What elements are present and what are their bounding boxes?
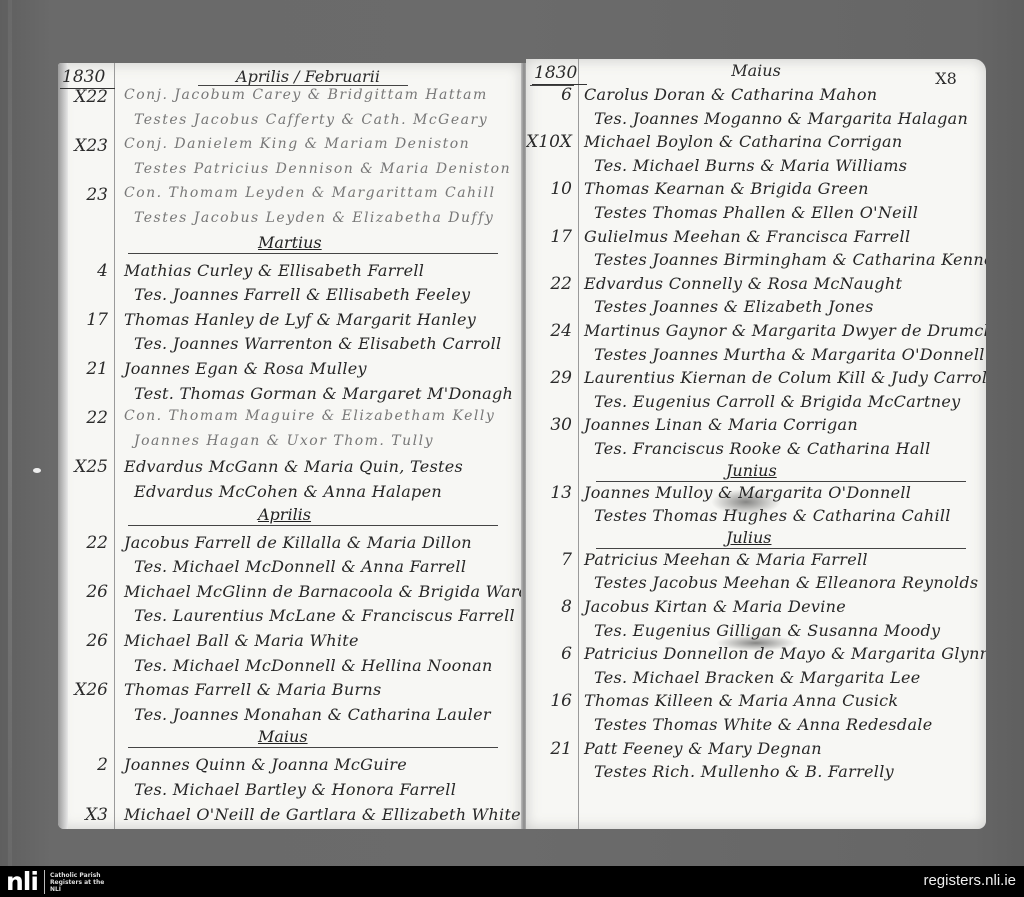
register-entry: 7Patricius Meehan & Maria Farrell: [526, 550, 986, 572]
register-entry: Tes. Michael McDonnell & Hellina Noonan: [58, 656, 522, 678]
entry-text: Testes Joannes & Elizabeth Jones: [584, 297, 874, 316]
entry-text: Laurentius Kiernan de Colum Kill & Judy …: [584, 368, 986, 387]
register-entry: 22Jacobus Farrell de Killalla & Maria Di…: [58, 533, 522, 555]
register-entry: Testes Thomas Phallen & Ellen O'Neill: [526, 203, 986, 225]
register-entry: 23Con. Thomam Leyden & Margarittam Cahil…: [58, 185, 522, 207]
entry-date: X25: [58, 457, 108, 477]
entry-date: 29: [526, 368, 572, 388]
register-entry: X26Thomas Farrell & Maria Burns: [58, 680, 522, 702]
entry-date: 26: [58, 631, 108, 651]
entry-date: 30: [526, 415, 572, 435]
section-rule: [596, 548, 966, 549]
register-entry: Testes Rich. Mullenho & B. Farrelly: [526, 762, 986, 784]
register-book-spread: 1830 Aprilis / Februarii X22Conj. Jacobu…: [58, 63, 988, 831]
entry-date: 21: [526, 739, 572, 759]
register-entry: 2Joannes Quinn & Joanna McGuire: [58, 755, 522, 777]
register-entry: X3Michael O'Neill de Gartlara & Ellizabe…: [58, 805, 522, 827]
entry-text: Joannes Linan & Maria Corrigan: [584, 415, 858, 434]
entry-text: Jacobus Kirtan & Maria Devine: [584, 597, 846, 616]
entry-text: Edvardus McGann & Maria Quin, Testes: [124, 457, 463, 476]
entry-date: 22: [58, 533, 108, 553]
register-entry: 21Patt Feeney & Mary Degnan: [526, 739, 986, 761]
register-entry: Testes Joannes Murtha & Margarita O'Donn…: [526, 345, 986, 367]
entry-text: Thomas Farrell & Maria Burns: [124, 680, 382, 699]
month-heading: Martius: [258, 233, 322, 252]
logo-caption: Catholic Parish Registers at the NLI: [50, 872, 110, 893]
entry-text: Testes Jacobus Leyden & Elizabetha Duffy: [124, 210, 494, 226]
entry-date: 22: [58, 408, 108, 428]
register-entry: Testes Jacobus Leyden & Elizabetha Duffy: [58, 210, 522, 232]
entry-text: Tes. Michael McDonnell & Anna Farrell: [124, 557, 466, 576]
entry-date: 26: [58, 582, 108, 602]
entry-text: Michael McGlinn de Barnacoola & Brigida …: [124, 582, 522, 601]
entry-text: Patt Feeney & Mary Degnan: [584, 739, 822, 758]
entry-date: 7: [526, 550, 572, 570]
register-entry: Tes. Franciscus Rooke & Catharina Hall: [526, 439, 986, 461]
register-entry: Tes. Joannes Moganno & Margarita Halagan: [526, 109, 986, 131]
register-entry: 24Martinus Gaynor & Margarita Dwyer de D…: [526, 321, 986, 343]
entry-text: Conj. Danielem King & Mariam Deniston: [124, 136, 470, 152]
right-page: 1830 Maius X8 6Carolus Doran & Catharina…: [526, 59, 986, 829]
register-entry: 10Thomas Kearnan & Brigida Green: [526, 179, 986, 201]
entry-text: Tes. Michael Burns & Maria Williams: [584, 156, 907, 175]
entry-text: Testes Thomas Phallen & Ellen O'Neill: [584, 203, 918, 222]
register-entry: Tes. Michael Bracken & Margarita Lee: [526, 668, 986, 690]
entry-text: Testes Jacobus Meehan & Elleanora Reynol…: [584, 573, 978, 592]
entry-date: 10: [526, 179, 572, 199]
page-year: 1830: [532, 63, 587, 85]
entry-text: Con. Thomam Leyden & Margarittam Cahill: [124, 185, 496, 201]
register-entry: Tes. Eugenius Carroll & Brigida McCartne…: [526, 392, 986, 414]
entry-text: Joannes Egan & Rosa Mulley: [124, 359, 367, 378]
register-entry: Test. Thomas Gorman & Margaret M'Donagh: [58, 384, 522, 406]
month-heading: Junius: [726, 461, 777, 480]
entry-text: Mathias Curley & Ellisabeth Farrell: [124, 261, 424, 280]
entry-text: Testes Thomas White & Anna Redesdale: [584, 715, 933, 734]
entry-text: Thomas Killeen & Maria Anna Cusick: [584, 691, 898, 710]
register-entry: Tes. Laurentius McLane & Franciscus Farr…: [58, 606, 522, 628]
site-link[interactable]: registers.nli.ie: [923, 872, 1016, 889]
page-header: Aprilis / Februarii: [208, 67, 408, 86]
entry-text: Testes Jacobus Cafferty & Cath. McGeary: [124, 112, 488, 128]
register-entry: 16Thomas Killeen & Maria Anna Cusick: [526, 691, 986, 713]
register-entry: 6Carolus Doran & Catharina Mahon: [526, 85, 986, 107]
entry-text: Test. Thomas Gorman & Margaret M'Donagh: [124, 384, 513, 403]
entry-text: Testes Patricius Dennison & Maria Denist…: [124, 161, 511, 177]
entry-date: 8: [526, 597, 572, 617]
register-entry: Testes Thomas White & Anna Redesdale: [526, 715, 986, 737]
entry-text: Testes Rich. Mullenho & B. Farrelly: [584, 762, 894, 781]
register-entry: Edvardus McCohen & Anna Halapen: [58, 482, 522, 504]
scan-speck: [33, 468, 41, 473]
entry-text: Conj. Jacobum Carey & Bridgittam Hattam: [124, 87, 488, 103]
register-entry: 29Laurentius Kiernan de Colum Kill & Jud…: [526, 368, 986, 390]
entry-date: 23: [58, 185, 108, 205]
image-viewer[interactable]: 1830 Aprilis / Februarii X22Conj. Jacobu…: [0, 0, 1024, 866]
register-entry: 17Thomas Hanley de Lyf & Margarit Hanley: [58, 310, 522, 332]
register-entry: Testes Joannes Birmingham & Catharina Ke…: [526, 250, 986, 272]
header-rule: [198, 85, 408, 86]
register-entry: Tes. Michael Burns & Maria Williams: [526, 156, 986, 178]
register-entry: X22Conj. Jacobum Carey & Bridgittam Hatt…: [58, 87, 522, 109]
entry-text: Thomas Kearnan & Brigida Green: [584, 179, 869, 198]
entry-date: 2: [58, 755, 108, 775]
entry-date: 13: [526, 483, 572, 503]
entry-date: 22: [526, 274, 572, 294]
section-rule: [128, 525, 498, 526]
entry-text: Testes Joannes Murtha & Margarita O'Donn…: [584, 345, 985, 364]
register-entry: 30Joannes Linan & Maria Corrigan: [526, 415, 986, 437]
page-header: Maius: [676, 61, 836, 80]
entry-text: Tes. Joannes Farrell & Ellisabeth Feeley: [124, 285, 470, 304]
entry-date: 6: [526, 85, 572, 105]
entry-date: 24: [526, 321, 572, 341]
entry-text: Tes. Michael McDonnell & Hellina Noonan: [124, 656, 493, 675]
register-entry: 4Mathias Curley & Ellisabeth Farrell: [58, 261, 522, 283]
register-entry: Tes. Joannes Warrenton & Elisabeth Carro…: [58, 334, 522, 356]
entry-text: Jacobus Farrell de Killalla & Maria Dill…: [124, 533, 472, 552]
logo-divider: [44, 870, 45, 894]
register-entry: Joannes Hagan & Uxor Thom. Tully: [58, 433, 522, 455]
register-entry: 26Michael McGlinn de Barnacoola & Brigid…: [58, 582, 522, 604]
left-page: 1830 Aprilis / Februarii X22Conj. Jacobu…: [58, 63, 522, 829]
entry-date: 21: [58, 359, 108, 379]
entry-text: Tes. Laurentius McLane & Franciscus Farr…: [124, 606, 515, 625]
month-heading: Aprilis: [258, 505, 311, 524]
entry-text: Thomas Hanley de Lyf & Margarit Hanley: [124, 310, 476, 329]
register-entry: X10XMichael Boylon & Catharina Corrigan: [526, 132, 986, 154]
register-entry: Testes Joannes & Elizabeth Jones: [526, 297, 986, 319]
entry-date: 6: [526, 644, 572, 664]
entry-date: X10X: [526, 132, 572, 152]
register-entry: Tes. Joannes Farrell & Ellisabeth Feeley: [58, 285, 522, 307]
entry-text: Gulielmus Meehan & Francisca Farrell: [584, 227, 910, 246]
ink-blot: [711, 489, 781, 515]
entry-date: 17: [58, 310, 108, 330]
entry-text: Joannes Hagan & Uxor Thom. Tully: [124, 433, 434, 449]
entry-text: Carolus Doran & Catharina Mahon: [584, 85, 877, 104]
entry-text: Edvardus Connelly & Rosa McNaught: [584, 274, 902, 293]
entry-text: Tes. Franciscus Rooke & Catharina Hall: [584, 439, 931, 458]
entry-date: 4: [58, 261, 108, 281]
register-entry: Testes Patricius Dennison & Maria Denist…: [58, 161, 522, 183]
entry-text: Con. Thomam Maguire & Elizabetham Kelly: [124, 408, 495, 424]
footer-bar: nli Catholic Parish Registers at the NLI…: [0, 866, 1024, 897]
page-year: 1830: [60, 67, 115, 89]
register-entry: Tes. Joannes Monahan & Catharina Lauler: [58, 705, 522, 727]
register-entry: Testes Jacobus Meehan & Elleanora Reynol…: [526, 573, 986, 595]
entry-text: Tes. Joannes Monahan & Catharina Lauler: [124, 705, 491, 724]
register-entry: 26Michael Ball & Maria White: [58, 631, 522, 653]
entry-text: Tes. Joannes Warrenton & Elisabeth Carro…: [124, 334, 501, 353]
entry-text: Michael Ball & Maria White: [124, 631, 359, 650]
entry-text: Martinus Gaynor & Margarita Dwyer de Dru…: [584, 321, 986, 340]
register-entry: 22Edvardus Connelly & Rosa McNaught: [526, 274, 986, 296]
entry-date: X22: [58, 87, 108, 107]
register-entry: Tes. Michael McDonnell & Anna Farrell: [58, 557, 522, 579]
entry-date: X3: [58, 805, 108, 825]
entry-text: Patricius Meehan & Maria Farrell: [584, 550, 868, 569]
entry-text: Tes. Eugenius Carroll & Brigida McCartne…: [584, 392, 960, 411]
section-rule: [596, 481, 966, 482]
entry-date: 16: [526, 691, 572, 711]
register-entry: 22Con. Thomam Maguire & Elizabetham Kell…: [58, 408, 522, 430]
nli-logo[interactable]: nli Catholic Parish Registers at the NLI: [6, 870, 110, 894]
entry-text: Tes. Michael Bartley & Honora Farrell: [124, 780, 456, 799]
register-entry: Tes. Michael Bartley & Honora Farrell: [58, 780, 522, 802]
entry-date: X23: [58, 136, 108, 156]
nli-logo-mark: nli: [6, 870, 38, 894]
scan-edge-streak: [8, 0, 12, 866]
entry-text: Michael O'Neill de Gartlara & Ellizabeth…: [124, 805, 521, 824]
entry-text: Testes Joannes Birmingham & Catharina Ke…: [584, 250, 986, 269]
register-entry: 17Gulielmus Meehan & Francisca Farrell: [526, 227, 986, 249]
section-rule: [128, 747, 498, 748]
register-entry: 21Joannes Egan & Rosa Mulley: [58, 359, 522, 381]
entry-date: 17: [526, 227, 572, 247]
entry-text: Tes. Michael Bracken & Margarita Lee: [584, 668, 921, 687]
ink-strikeout: [716, 635, 796, 651]
entry-text: Edvardus McCohen & Anna Halapen: [124, 482, 442, 501]
register-entry: X23Conj. Danielem King & Mariam Deniston: [58, 136, 522, 158]
month-heading: Maius: [258, 727, 308, 746]
entry-date: X26: [58, 680, 108, 700]
entry-text: Michael Boylon & Catharina Corrigan: [584, 132, 903, 151]
section-rule: [128, 253, 498, 254]
month-heading: Julius: [726, 528, 771, 547]
entry-text: Joannes Quinn & Joanna McGuire: [124, 755, 407, 774]
entry-text: Tes. Joannes Moganno & Margarita Halagan: [584, 109, 968, 128]
register-entry: 8Jacobus Kirtan & Maria Devine: [526, 597, 986, 619]
register-entry: X25Edvardus McGann & Maria Quin, Testes: [58, 457, 522, 479]
register-entry: Testes Jacobus Cafferty & Cath. McGeary: [58, 112, 522, 134]
